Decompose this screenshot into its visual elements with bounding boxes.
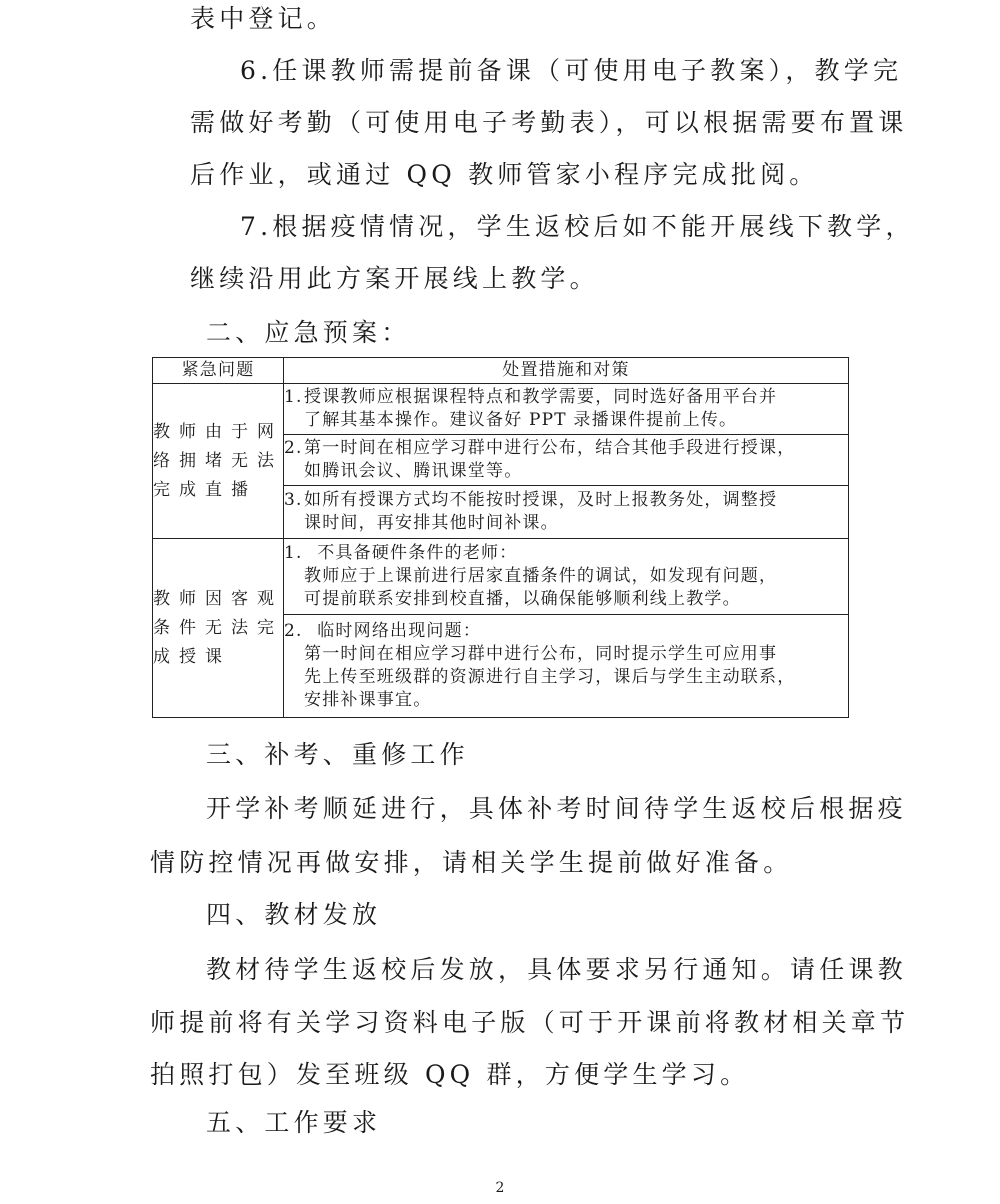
measure-title: 临时网络出现问题：	[317, 621, 481, 641]
measure-title: 不具备硬件条件的老师：	[317, 543, 517, 563]
table-header-row: 紧急问题 处置措施和对策	[153, 358, 849, 384]
issue-cell-network: 教师由于网络拥堵无法完成直播	[153, 384, 284, 539]
paragraph-continuation: 表中登记。	[190, 4, 336, 34]
measure-text: 第一时间在相应学习群中进行公布，同时提示学生可应用事	[284, 643, 848, 666]
section-heading-work-requirements: 五、工作要求	[206, 1108, 381, 1138]
measure-cell: 2. 临时网络出现问题： 第一时间在相应学习群中进行公布，同时提示学生可应用事 …	[284, 615, 849, 718]
paragraph-item-6-line2: 需做好考勤（可使用电子考勤表），可以根据需要布置课	[190, 108, 908, 138]
measure-text: 如所有授课方式均不能按时授课，及时上报教务处，调整授	[304, 490, 777, 510]
issue-cell-conditions: 教师因客观条件无法完成授课	[153, 539, 284, 718]
measure-cell: 3.如所有授课方式均不能按时授课，及时上报教务处，调整授 课时间，再安排其他时间…	[284, 486, 849, 539]
paragraph-item-7: 7.根据疫情情况，学生返校后如不能开展线下教学，	[240, 212, 915, 242]
measure-cell: 1. 不具备硬件条件的老师： 教师应于上课前进行居家直播条件的调试，如发现有问题…	[284, 539, 849, 615]
measure-text: 如腾讯会议、腾讯课堂等。	[284, 460, 848, 483]
measure-text: 第一时间在相应学习群中进行公布，结合其他手段进行授课，	[304, 438, 795, 458]
measure-cell: 1.授课教师应根据课程特点和教学需要，同时选好备用平台并 了解其基本操作。建议备…	[284, 384, 849, 435]
measure-number: 3.	[284, 489, 304, 512]
paragraph-item-7-line2: 继续沿用此方案开展线上教学。	[190, 264, 599, 294]
section-heading-makeup-exams: 三、补考、重修工作	[206, 740, 469, 770]
section-heading-textbooks: 四、教材发放	[206, 900, 381, 930]
table-row: 教师因客观条件无法完成授课 1. 不具备硬件条件的老师： 教师应于上课前进行居家…	[153, 539, 849, 615]
measure-number: 1.	[284, 542, 304, 565]
paragraph-textbooks-line3: 拍照打包）发至班级 QQ 群，方便学生学习。	[150, 1060, 749, 1090]
measure-number: 2.	[284, 620, 304, 643]
paragraph-item-6-line3: 后作业，或通过 QQ 教师管家小程序完成批阅。	[190, 160, 819, 190]
section-heading-emergency-plan: 二、应急预案：	[206, 318, 410, 348]
page-number: 2	[0, 1180, 1000, 1196]
measure-number: 1.	[284, 386, 304, 409]
table-row: 教师由于网络拥堵无法完成直播 1.授课教师应根据课程特点和教学需要，同时选好备用…	[153, 384, 849, 435]
measure-number: 2.	[284, 437, 304, 460]
measure-text: 可提前联系安排到校直播，以确保能够顺利线上教学。	[284, 588, 848, 611]
header-measures: 处置措施和对策	[284, 358, 849, 384]
paragraph-textbooks: 教材待学生返校后发放，具体要求另行通知。请任课教	[206, 955, 907, 985]
paragraph-makeup-exams-line2: 情防控情况再做安排，请相关学生提前做好准备。	[150, 848, 792, 878]
header-issue: 紧急问题	[153, 358, 284, 384]
paragraph-item-6: 6.任课教师需提前备课（可使用电子教案），教学完	[240, 56, 902, 86]
measure-text: 了解其基本操作。建议备好 PPT 录播课件提前上传。	[284, 409, 848, 432]
measure-text: 教师应于上课前进行居家直播条件的调试，如发现有问题，	[284, 565, 848, 588]
paragraph-makeup-exams: 开学补考顺延进行，具体补考时间待学生返校后根据疫	[206, 794, 907, 824]
paragraph-textbooks-line2: 师提前将有关学习资料电子版（可于开课前将教材相关章节	[150, 1008, 909, 1038]
measure-text: 先上传至班级群的资源进行自主学习，课后与学生主动联系，	[284, 666, 848, 689]
measure-text: 课时间，再安排其他时间补课。	[284, 512, 848, 535]
measure-text: 安排补课事宜。	[284, 689, 848, 712]
emergency-plan-table: 紧急问题 处置措施和对策 教师由于网络拥堵无法完成直播 1.授课教师应根据课程特…	[152, 357, 849, 718]
measure-cell: 2.第一时间在相应学习群中进行公布，结合其他手段进行授课， 如腾讯会议、腾讯课堂…	[284, 435, 849, 486]
measure-text: 授课教师应根据课程特点和教学需要，同时选好备用平台并	[304, 387, 777, 407]
